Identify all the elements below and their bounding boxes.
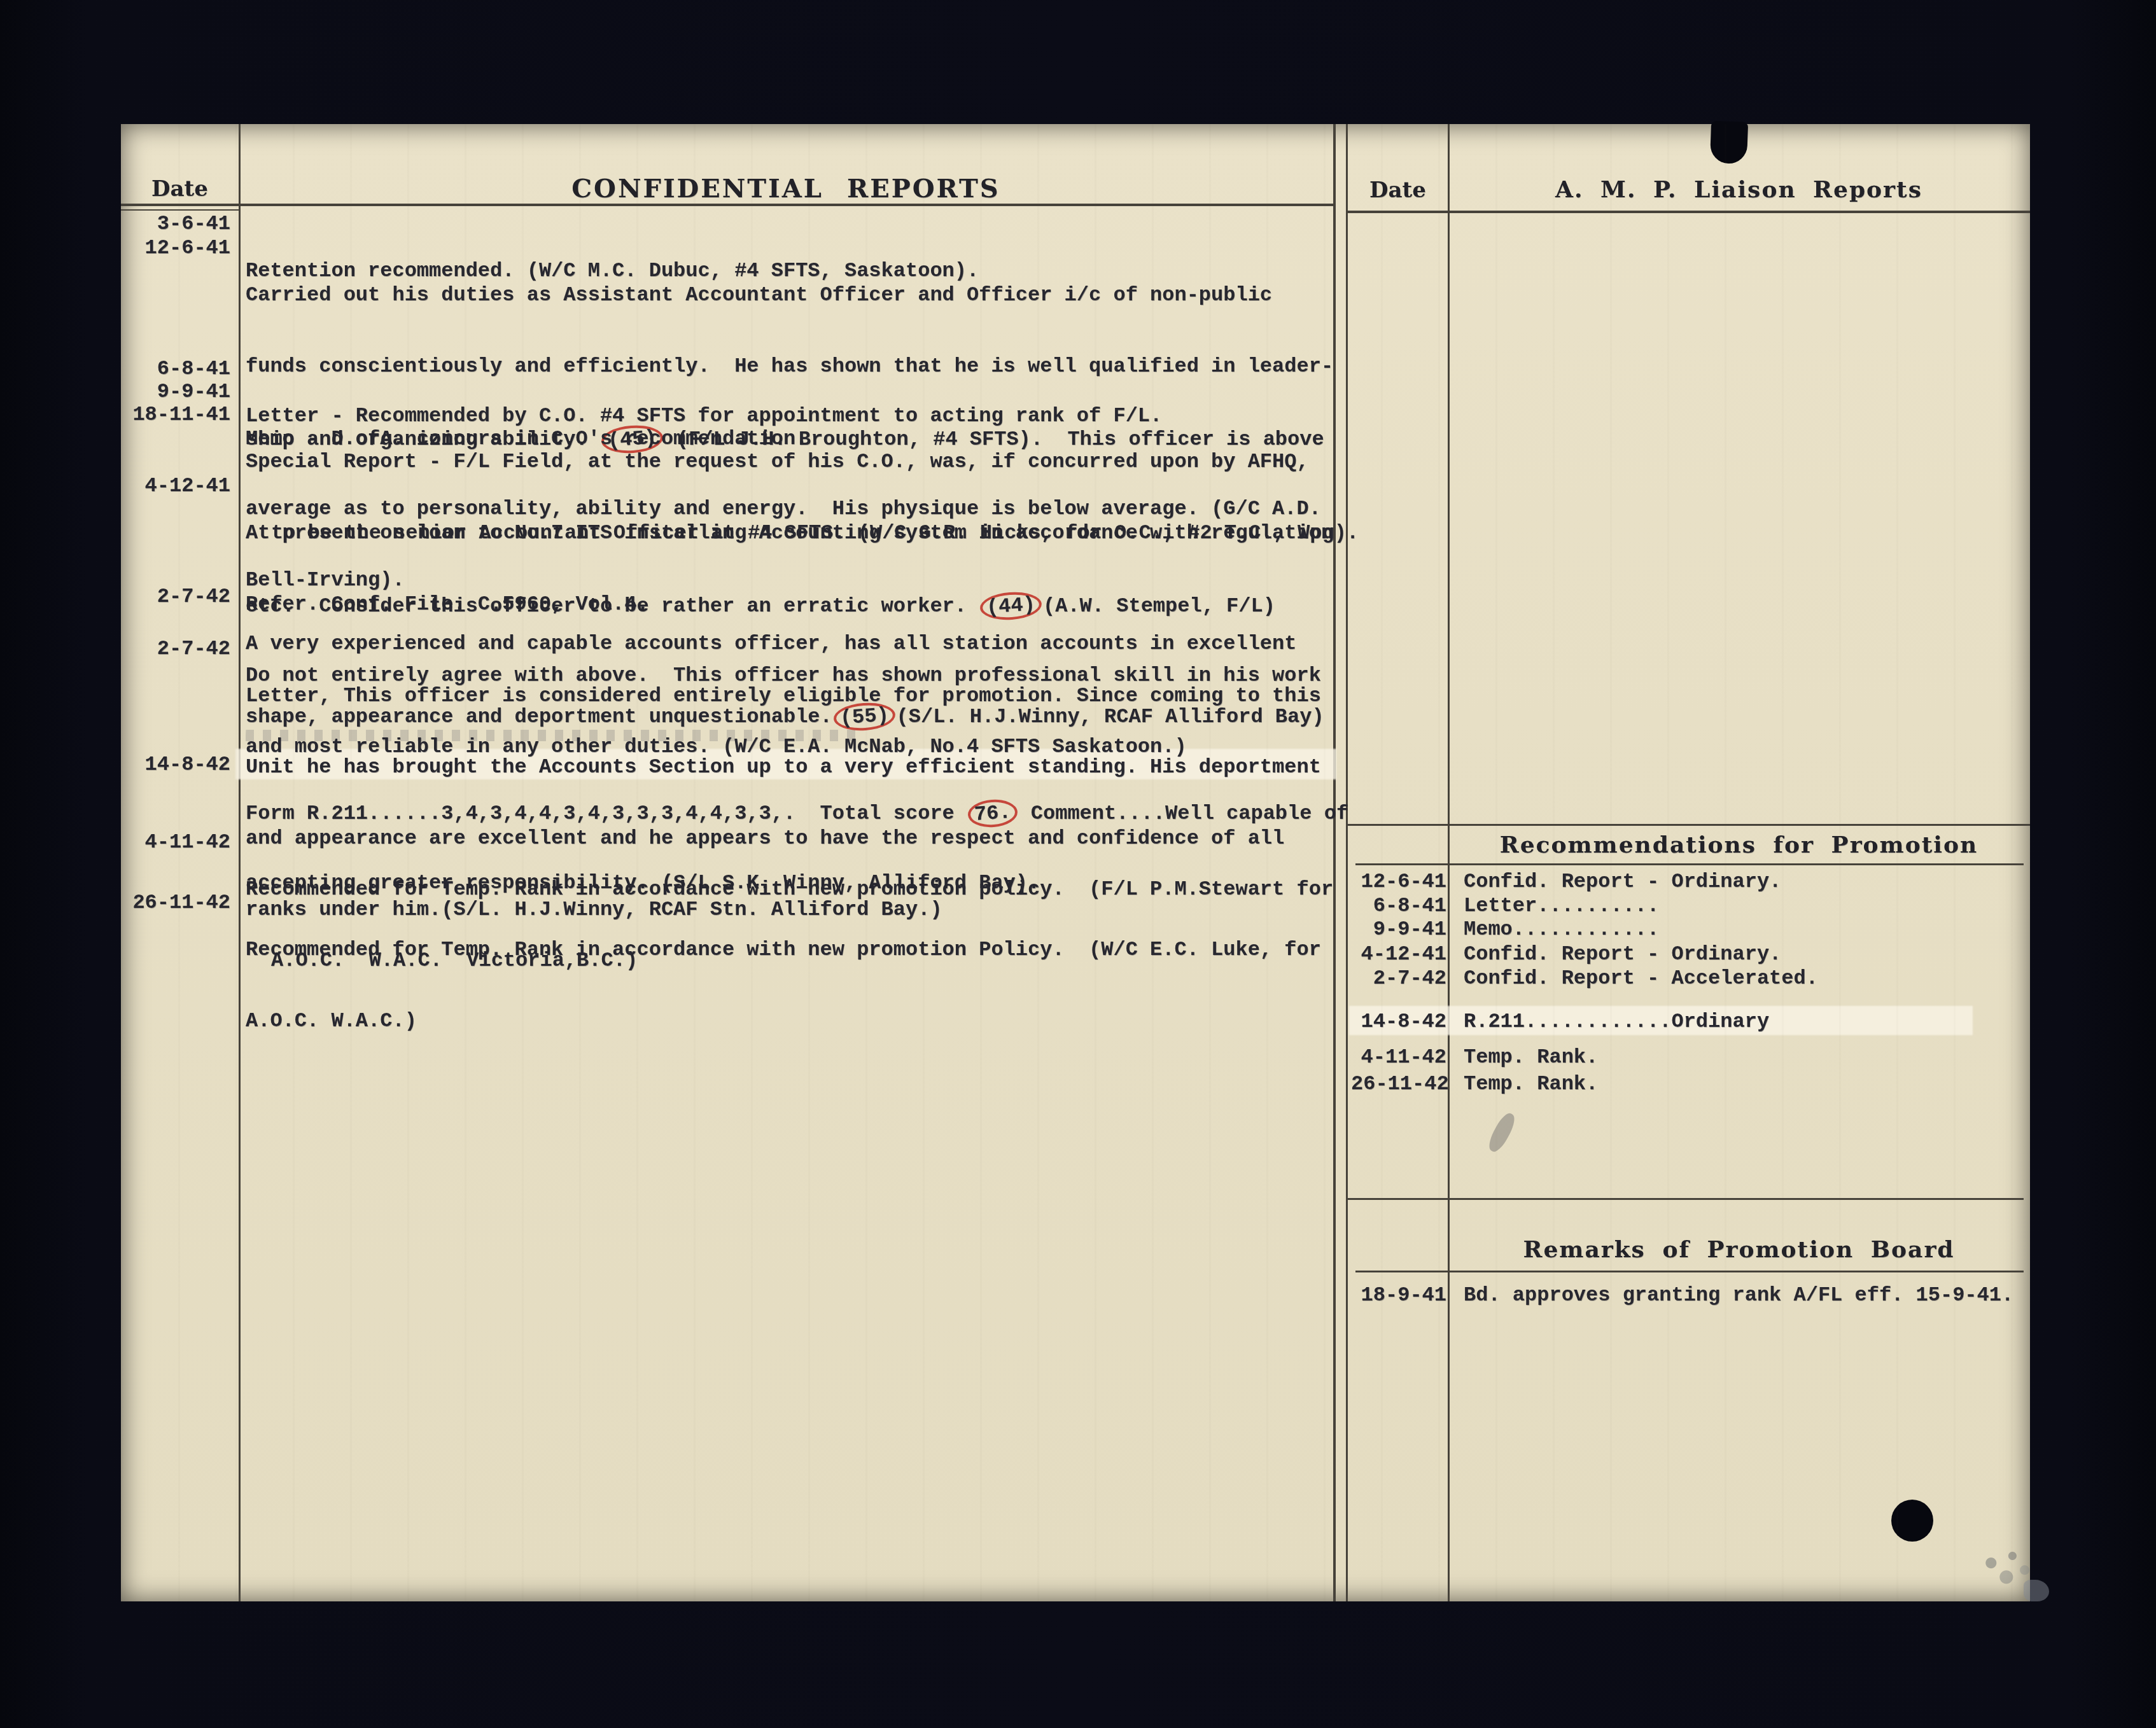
amp-liaison-reports-title: A. M. P. Liaison Reports xyxy=(1448,176,2030,203)
board-title-rule xyxy=(1355,1271,2024,1272)
report-line: Letter, This officer is considered entir… xyxy=(246,684,2024,708)
promotion-text: Letter.......... xyxy=(1464,894,1659,917)
promotion-date: 4-12-41 xyxy=(1351,942,1446,966)
report-line: Carried out his duties as Assistant Acco… xyxy=(246,283,2024,307)
promotion-row: 4-12-41 Confid. Report - Ordinary. xyxy=(1351,942,2026,966)
board-text: Bd. approves granting rank A/FL eff. 15-… xyxy=(1464,1283,2013,1307)
entry-date: 2-7-42 xyxy=(121,585,230,608)
ink-smear xyxy=(1485,1110,1518,1155)
promotion-text: Confid. Report - Ordinary. xyxy=(1464,942,1781,966)
promotion-date: 2-7-42 xyxy=(1351,966,1446,990)
entry-date: 12-6-41 xyxy=(121,236,230,260)
confidential-reports-title: CONFIDENTIAL REPORTS xyxy=(239,174,1333,204)
report-entry: 4-12-41 At present on loan to No.7 ITS i… xyxy=(121,474,2030,568)
report-line: Special Report - F/L Field, at the reque… xyxy=(246,450,2024,474)
entry-date: 3-6-41 xyxy=(121,212,230,235)
promotion-text: Confid. Report - Ordinary. xyxy=(1464,870,1781,893)
promotion-row: 12-6-41 Confid. Report - Ordinary. xyxy=(1351,870,2026,893)
scan-background: Date CONFIDENTIAL REPORTS Date A. M. P. … xyxy=(0,0,2156,1728)
promotion-row: 4-11-42 Temp. Rank. xyxy=(1351,1045,2026,1069)
board-section-title: Remarks of Promotion Board xyxy=(1448,1236,2030,1263)
promotion-date: 9-9-41 xyxy=(1351,917,1446,941)
board-section-top-rule xyxy=(1348,1198,2024,1200)
entry-date: 2-7-42 xyxy=(121,637,230,660)
promotion-section-title: Recommendations for Promotion xyxy=(1448,832,2030,858)
entry-date: 18-11-41 xyxy=(121,403,230,426)
punch-notch xyxy=(1710,121,1748,164)
promotion-section-top-rule xyxy=(1348,824,2030,826)
promotion-row: 26-11-42 Temp. Rank. xyxy=(1351,1072,2026,1096)
left-header-rule xyxy=(121,204,1333,206)
entry-date: 26-11-42 xyxy=(121,891,230,914)
corner-smudge xyxy=(2024,1580,2049,1601)
promotion-date: 4-11-42 xyxy=(1351,1045,1446,1069)
report-line: At present on loan to No.7 ITS installin… xyxy=(246,521,2024,545)
promotion-text: Confid. Report - Accelerated. xyxy=(1464,966,1818,990)
entry-date: 14-8-42 xyxy=(121,753,230,776)
promotion-text: R.211............Ordinary xyxy=(1464,1010,1769,1033)
promotion-title-rule xyxy=(1355,863,2024,865)
board-date: 18-9-41 xyxy=(1351,1283,1446,1307)
promotion-date: 26-11-42 xyxy=(1351,1072,1446,1096)
promotion-text: Temp. Rank. xyxy=(1464,1045,1598,1069)
entry-date: 4-11-42 xyxy=(121,830,230,854)
promotion-row: 2-7-42 Confid. Report - Accelerated. xyxy=(1351,966,2026,990)
punch-hole xyxy=(1891,1500,1933,1542)
entry-date: 9-9-41 xyxy=(121,380,230,403)
report-entry: 12-6-41 Carried out his duties as Assist… xyxy=(121,236,2030,330)
record-card: Date CONFIDENTIAL REPORTS Date A. M. P. … xyxy=(121,124,2030,1601)
left-date-header-rule xyxy=(121,209,239,211)
circled-score-76: 76. xyxy=(967,798,1018,828)
report-line: Form R.211......3,4,3,4,4,3,4,3,3,3,4,4,… xyxy=(246,800,2024,824)
entry-date: 6-8-41 xyxy=(121,357,230,380)
promotion-row: 9-9-41 Memo............ xyxy=(1351,917,2026,941)
report-entry: 2-7-42 Letter, This officer is considere… xyxy=(121,637,2030,731)
promotion-date: 14-8-42 xyxy=(1351,1010,1446,1033)
promotion-row: 14-8-42 R.211............Ordinary xyxy=(1351,1010,2026,1033)
board-row: 18-9-41 Bd. approves granting rank A/FL … xyxy=(1351,1283,2026,1307)
right-date-header: Date xyxy=(1348,178,1448,203)
promotion-date: 6-8-41 xyxy=(1351,894,1446,917)
entry-date: 4-12-41 xyxy=(121,474,230,498)
promotion-date: 12-6-41 xyxy=(1351,870,1446,893)
promotion-text: Memo............ xyxy=(1464,917,1659,941)
promotion-text: Temp. Rank. xyxy=(1464,1072,1598,1096)
promotion-row: 6-8-41 Letter.......... xyxy=(1351,894,2026,917)
left-date-header: Date xyxy=(121,176,239,202)
